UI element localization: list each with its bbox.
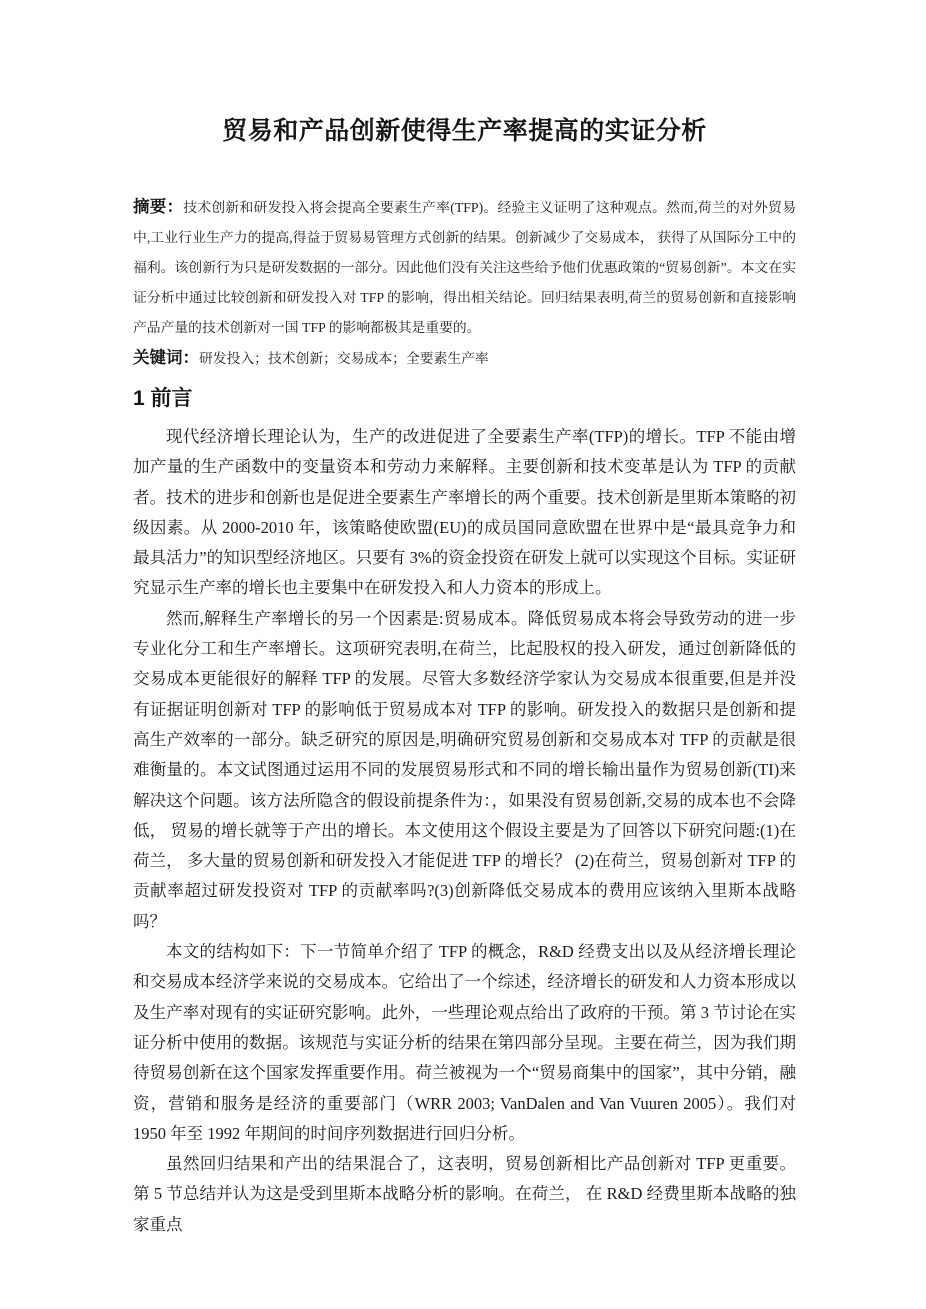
page-title: 贸易和产品创新使得生产率提高的实证分析 [133, 0, 796, 150]
document-content: 贸易和产品创新使得生产率提高的实证分析 摘要：技术创新和研发投入将会提高全要素生… [133, 0, 796, 1240]
abstract-text: 技术创新和研发投入将会提高全要素生产率(TFP)。经验主义证明了这种观点。然而,… [133, 200, 796, 335]
abstract-label: 摘要： [133, 198, 183, 216]
section-heading-introduction: 1 前言 [133, 384, 796, 414]
paragraph-2: 然而,解释生产率增长的另一个因素是:贸易成本。降低贸易成本将会导致劳动的进一步专… [133, 604, 796, 937]
paragraph-3: 本文的结构如下：下一节简单介绍了 TFP 的概念，R&D 经费支出以及从经济增长… [133, 937, 796, 1149]
keywords-text: 研发投入；技术创新；交易成本；全要素生产率 [199, 351, 489, 366]
keywords: 关键词：研发投入；技术创新；交易成本；全要素生产率 [133, 343, 796, 374]
keywords-label: 关键词： [133, 349, 199, 367]
paragraph-4: 虽然回归结果和产出的结果混合了，这表明，贸易创新相比产品创新对 TFP 更重要。… [133, 1149, 796, 1240]
abstract: 摘要：技术创新和研发投入将会提高全要素生产率(TFP)。经验主义证明了这种观点。… [133, 192, 796, 343]
paragraph-1: 现代经济增长理论认为，生产的改进促进了全要素生产率(TFP)的增长。TFP 不能… [133, 422, 796, 604]
document-page: 贸易和产品创新使得生产率提高的实证分析 摘要：技术创新和研发投入将会提高全要素生… [0, 0, 926, 1309]
